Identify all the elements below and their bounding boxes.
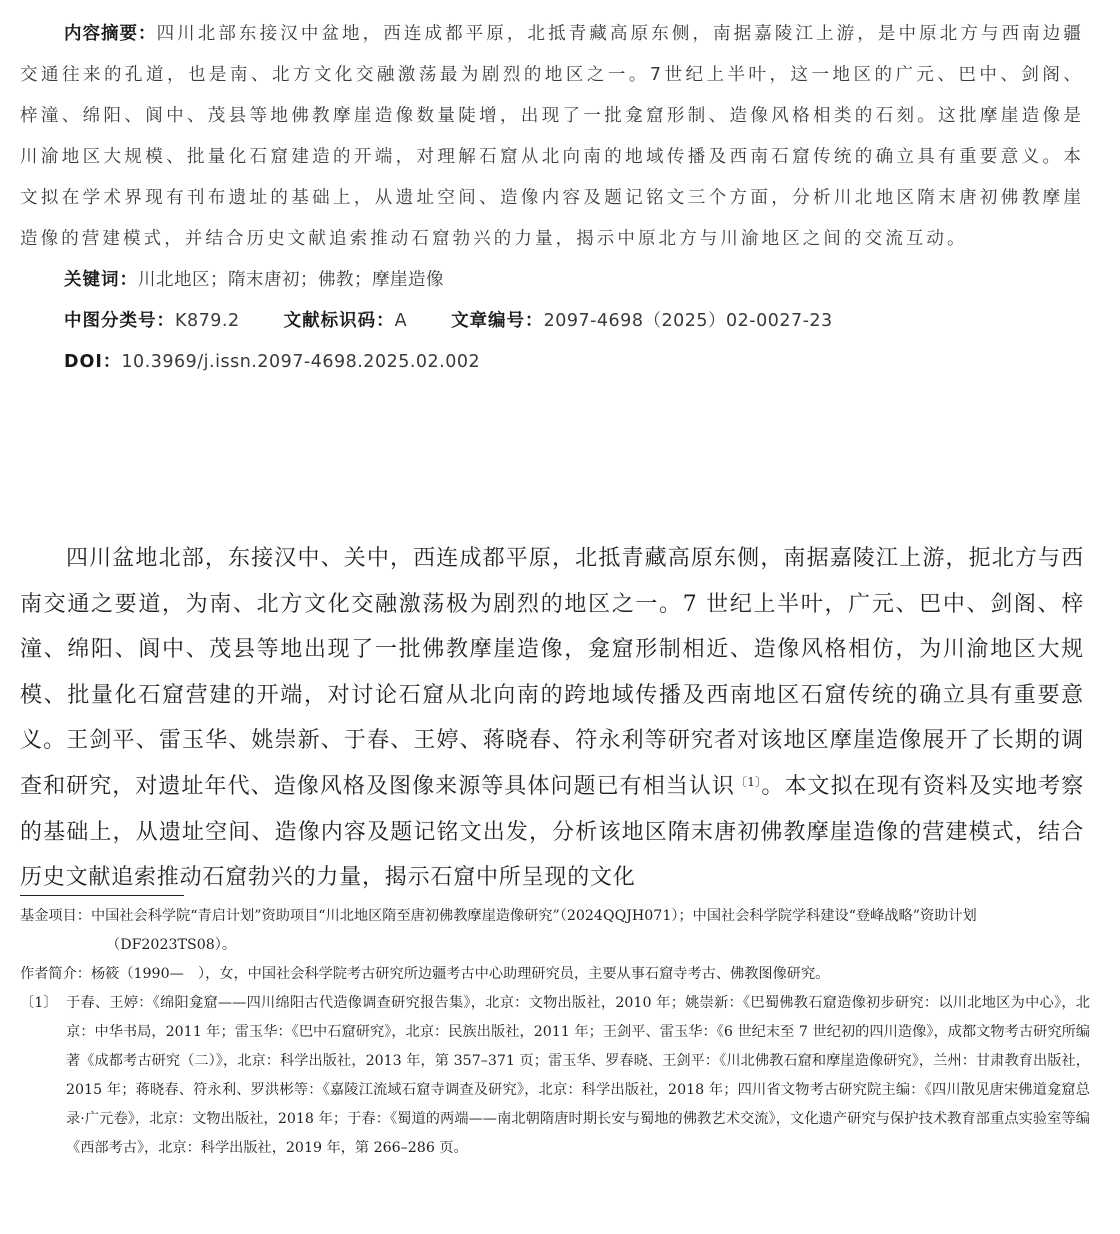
abstract-label: 内容摘要： (64, 24, 157, 44)
body-text-section: 四川盆地北部，东接汉中、关中，西连成都平原，北抵青藏高原东侧，南据嘉陵江上游，扼… (20, 536, 1084, 901)
funding-note: 基金项目：中国社会科学院“青启计划”资助项目“川北地区隋至唐初佛教摩崖造像研究”… (20, 902, 1090, 960)
clc-value: K879.2 (175, 311, 240, 331)
footnote-ref-1[interactable]: 〔1〕 (735, 775, 761, 789)
doi-line: DOI：10.3969/j.issn.2097-4698.2025.02.002 (20, 342, 1084, 383)
doi-label: DOI： (64, 352, 121, 372)
reference-text: 于春、王婷：《绵阳龛窟——四川绵阳古代造像调查研究报告集》，北京：文物出版社，2… (66, 995, 1090, 1156)
classification-line: 中图分类号：K879.2文献标识码：A文章编号：2097-4698（2025）0… (20, 301, 1084, 342)
abstract-paragraph: 内容摘要：四川北部东接汉中盆地，西连成都平原，北抵青藏高原东侧，南据嘉陵江上游，… (20, 14, 1084, 260)
abstract-section: 内容摘要：四川北部东接汉中盆地，西连成都平原，北抵青藏高原东侧，南据嘉陵江上游，… (20, 14, 1084, 383)
article-no-value: 2097-4698（2025）02-0027-23 (544, 311, 833, 331)
reference-number: 〔1〕 (20, 989, 57, 1018)
keywords-text: 川北地区；隋末唐初；佛教；摩崖造像 (138, 270, 444, 290)
footnote-divider (20, 895, 184, 896)
reference-item: 〔1〕于春、王婷：《绵阳龛窟——四川绵阳古代造像调查研究报告集》，北京：文物出版… (20, 989, 1090, 1163)
abstract-text: 四川北部东接汉中盆地，西连成都平原，北抵青藏高原东侧，南据嘉陵江上游，是中原北方… (20, 24, 1084, 249)
body-text-part1: 四川盆地北部，东接汉中、关中，西连成都平原，北抵青藏高原东侧，南据嘉陵江上游，扼… (20, 546, 1084, 799)
author-note: 作者简介：杨筱（1990— ），女，中国社会科学院考古研究所边疆考古中心助理研究… (20, 960, 1090, 989)
doc-code-value: A (395, 311, 407, 331)
body-paragraph: 四川盆地北部，东接汉中、关中，西连成都平原，北抵青藏高原东侧，南据嘉陵江上游，扼… (20, 536, 1084, 901)
footnotes-section: 基金项目：中国社会科学院“青启计划”资助项目“川北地区隋至唐初佛教摩崖造像研究”… (20, 902, 1090, 1163)
doi-value[interactable]: 10.3969/j.issn.2097-4698.2025.02.002 (121, 352, 480, 372)
clc-label: 中图分类号： (64, 311, 175, 331)
article-no-label: 文章编号： (451, 311, 544, 331)
doc-code-label: 文献标识码： (284, 311, 395, 331)
keywords-line: 关键词：川北地区；隋末唐初；佛教；摩崖造像 (20, 260, 1084, 301)
keywords-label: 关键词： (64, 270, 138, 290)
